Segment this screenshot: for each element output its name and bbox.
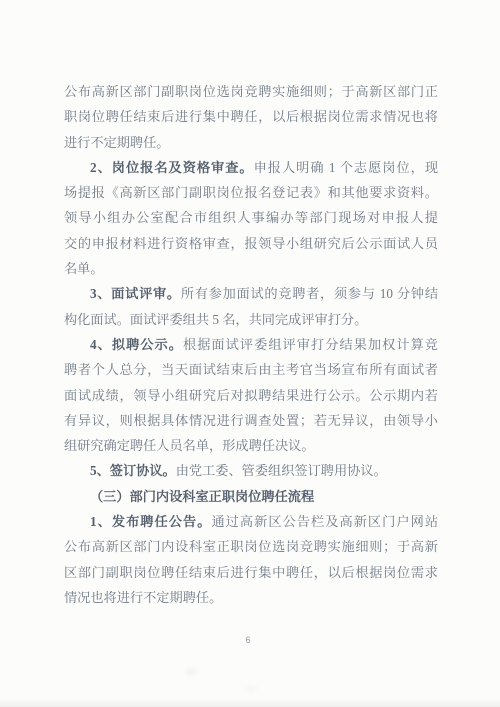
text-segment: 区部门副职岗位聘任结束后进行集中聘任，以后根据岗位需求: [64, 565, 438, 580]
text-line: 场提报《高新区部门副职岗位报名登记表》和其他要求资料。: [64, 180, 438, 205]
text-line: （三）部门内设科室正职岗位聘任流程: [64, 484, 438, 509]
text-segment: 公布高新区部门副职岗位选岗竞聘实施细则；于高新区部门正: [64, 84, 438, 99]
document-page: 公布高新区部门副职岗位选岗竞聘实施细则；于高新区部门正职岗位聘任结束后进行集中聘…: [0, 0, 500, 707]
text-segment-bold: 4、拟聘公示。: [90, 337, 183, 352]
text-line: 进行不定期聘任。: [64, 130, 438, 155]
text-segment: 交的申报材料进行资格审查，报领导小组研究后公示面试人员: [64, 236, 438, 251]
text-segment: 职岗位聘任结束后进行集中聘任，以后根据岗位需求情况也将: [64, 109, 438, 124]
text-line: 职岗位聘任结束后进行集中聘任，以后根据岗位需求情况也将: [64, 104, 438, 129]
scan-smudge: [186, 668, 196, 675]
text-segment: 通过高新区公告栏及高新区门户网站: [211, 514, 438, 529]
scan-edge-shadow: [0, 698, 500, 707]
text-line: 有异议，则根据具体情况进行调查处置；若无异议，由领导小: [64, 408, 438, 433]
text-segment-bold: （三）部门内设科室正职岗位聘任流程: [90, 489, 314, 504]
text-line: 构化面试。面试评委组共 5 名，共同完成评审打分。: [64, 307, 438, 332]
text-segment-bold: 3、面试评审。: [90, 286, 181, 301]
text-segment: 聘者个人总分，当天面试结束后由主考官当场宣布所有面试者: [64, 362, 438, 377]
text-line: 4、拟聘公示。根据面试评委组评审打分结果加权计算竞: [64, 332, 438, 357]
text-line: 1、发布聘任公告。通过高新区公告栏及高新区门户网站: [64, 509, 438, 534]
text-segment-bold: 5、签订协议。: [90, 463, 176, 478]
text-segment: 面试成绩，领导小组研究后对拟聘结果进行公示。公示期内若: [64, 388, 438, 403]
text-line: 3、面试评审。所有参加面试的竞聘者，须参与 10 分钟结: [64, 281, 438, 306]
text-line: 5、签订协议。由党工委、管委组织签订聘用协议。: [64, 458, 438, 483]
text-segment: 情况也将进行不定期聘任。: [64, 590, 222, 605]
text-line: 交的申报材料进行资格审查，报领导小组研究后公示面试人员: [64, 231, 438, 256]
text-line: 区部门副职岗位聘任结束后进行集中聘任，以后根据岗位需求: [64, 560, 438, 585]
text-segment: 申报人明确 1 个志愿岗位，现: [254, 160, 438, 175]
text-segment: 有异议，则根据具体情况进行调查处置；若无异议，由领导小: [64, 413, 438, 428]
text-line: 情况也将进行不定期聘任。: [64, 585, 438, 610]
text-line: 面试成绩，领导小组研究后对拟聘结果进行公示。公示期内若: [64, 383, 438, 408]
text-line: 名单。: [64, 256, 438, 281]
text-segment-bold: 2、岗位报名及资格审查。: [90, 160, 254, 175]
page-number: 6: [236, 634, 260, 646]
text-segment: 名单。: [64, 261, 104, 276]
text-segment: 根据面试评委组评审打分结果加权计算竞: [183, 337, 438, 352]
text-segment: 公布高新区部门内设科室正职岗位选岗竞聘实施细则；于高新: [64, 539, 438, 554]
text-line: 领导小组办公室配合市组织人事编办等部门现场对申报人提: [64, 205, 438, 230]
text-segment: 场提报《高新区部门副职岗位报名登记表》和其他要求资料。: [64, 185, 438, 200]
text-segment: 组研究确定聘任人员名单，形成聘任决议。: [64, 438, 315, 453]
text-line: 2、岗位报名及资格审查。申报人明确 1 个志愿岗位，现: [64, 155, 438, 180]
scan-smudge: [245, 686, 257, 691]
text-line: 公布高新区部门内设科室正职岗位选岗竞聘实施细则；于高新: [64, 534, 438, 559]
text-segment: 由党工委、管委组织签订聘用协议。: [176, 463, 387, 478]
text-segment: 所有参加面试的竞聘者，须参与 10 分钟结: [181, 286, 438, 301]
text-line: 聘者个人总分，当天面试结束后由主考官当场宣布所有面试者: [64, 357, 438, 382]
text-segment: 进行不定期聘任。: [64, 135, 170, 150]
text-segment: 构化面试。面试评委组共 5 名，共同完成评审打分。: [64, 312, 367, 327]
text-segment: 领导小组办公室配合市组织人事编办等部门现场对申报人提: [64, 210, 438, 225]
text-line: 公布高新区部门副职岗位选岗竞聘实施细则；于高新区部门正: [64, 79, 438, 104]
document-body: 公布高新区部门副职岗位选岗竞聘实施细则；于高新区部门正职岗位聘任结束后进行集中聘…: [64, 79, 438, 610]
text-line: 组研究确定聘任人员名单，形成聘任决议。: [64, 433, 438, 458]
text-segment-bold: 1、发布聘任公告。: [90, 514, 211, 529]
